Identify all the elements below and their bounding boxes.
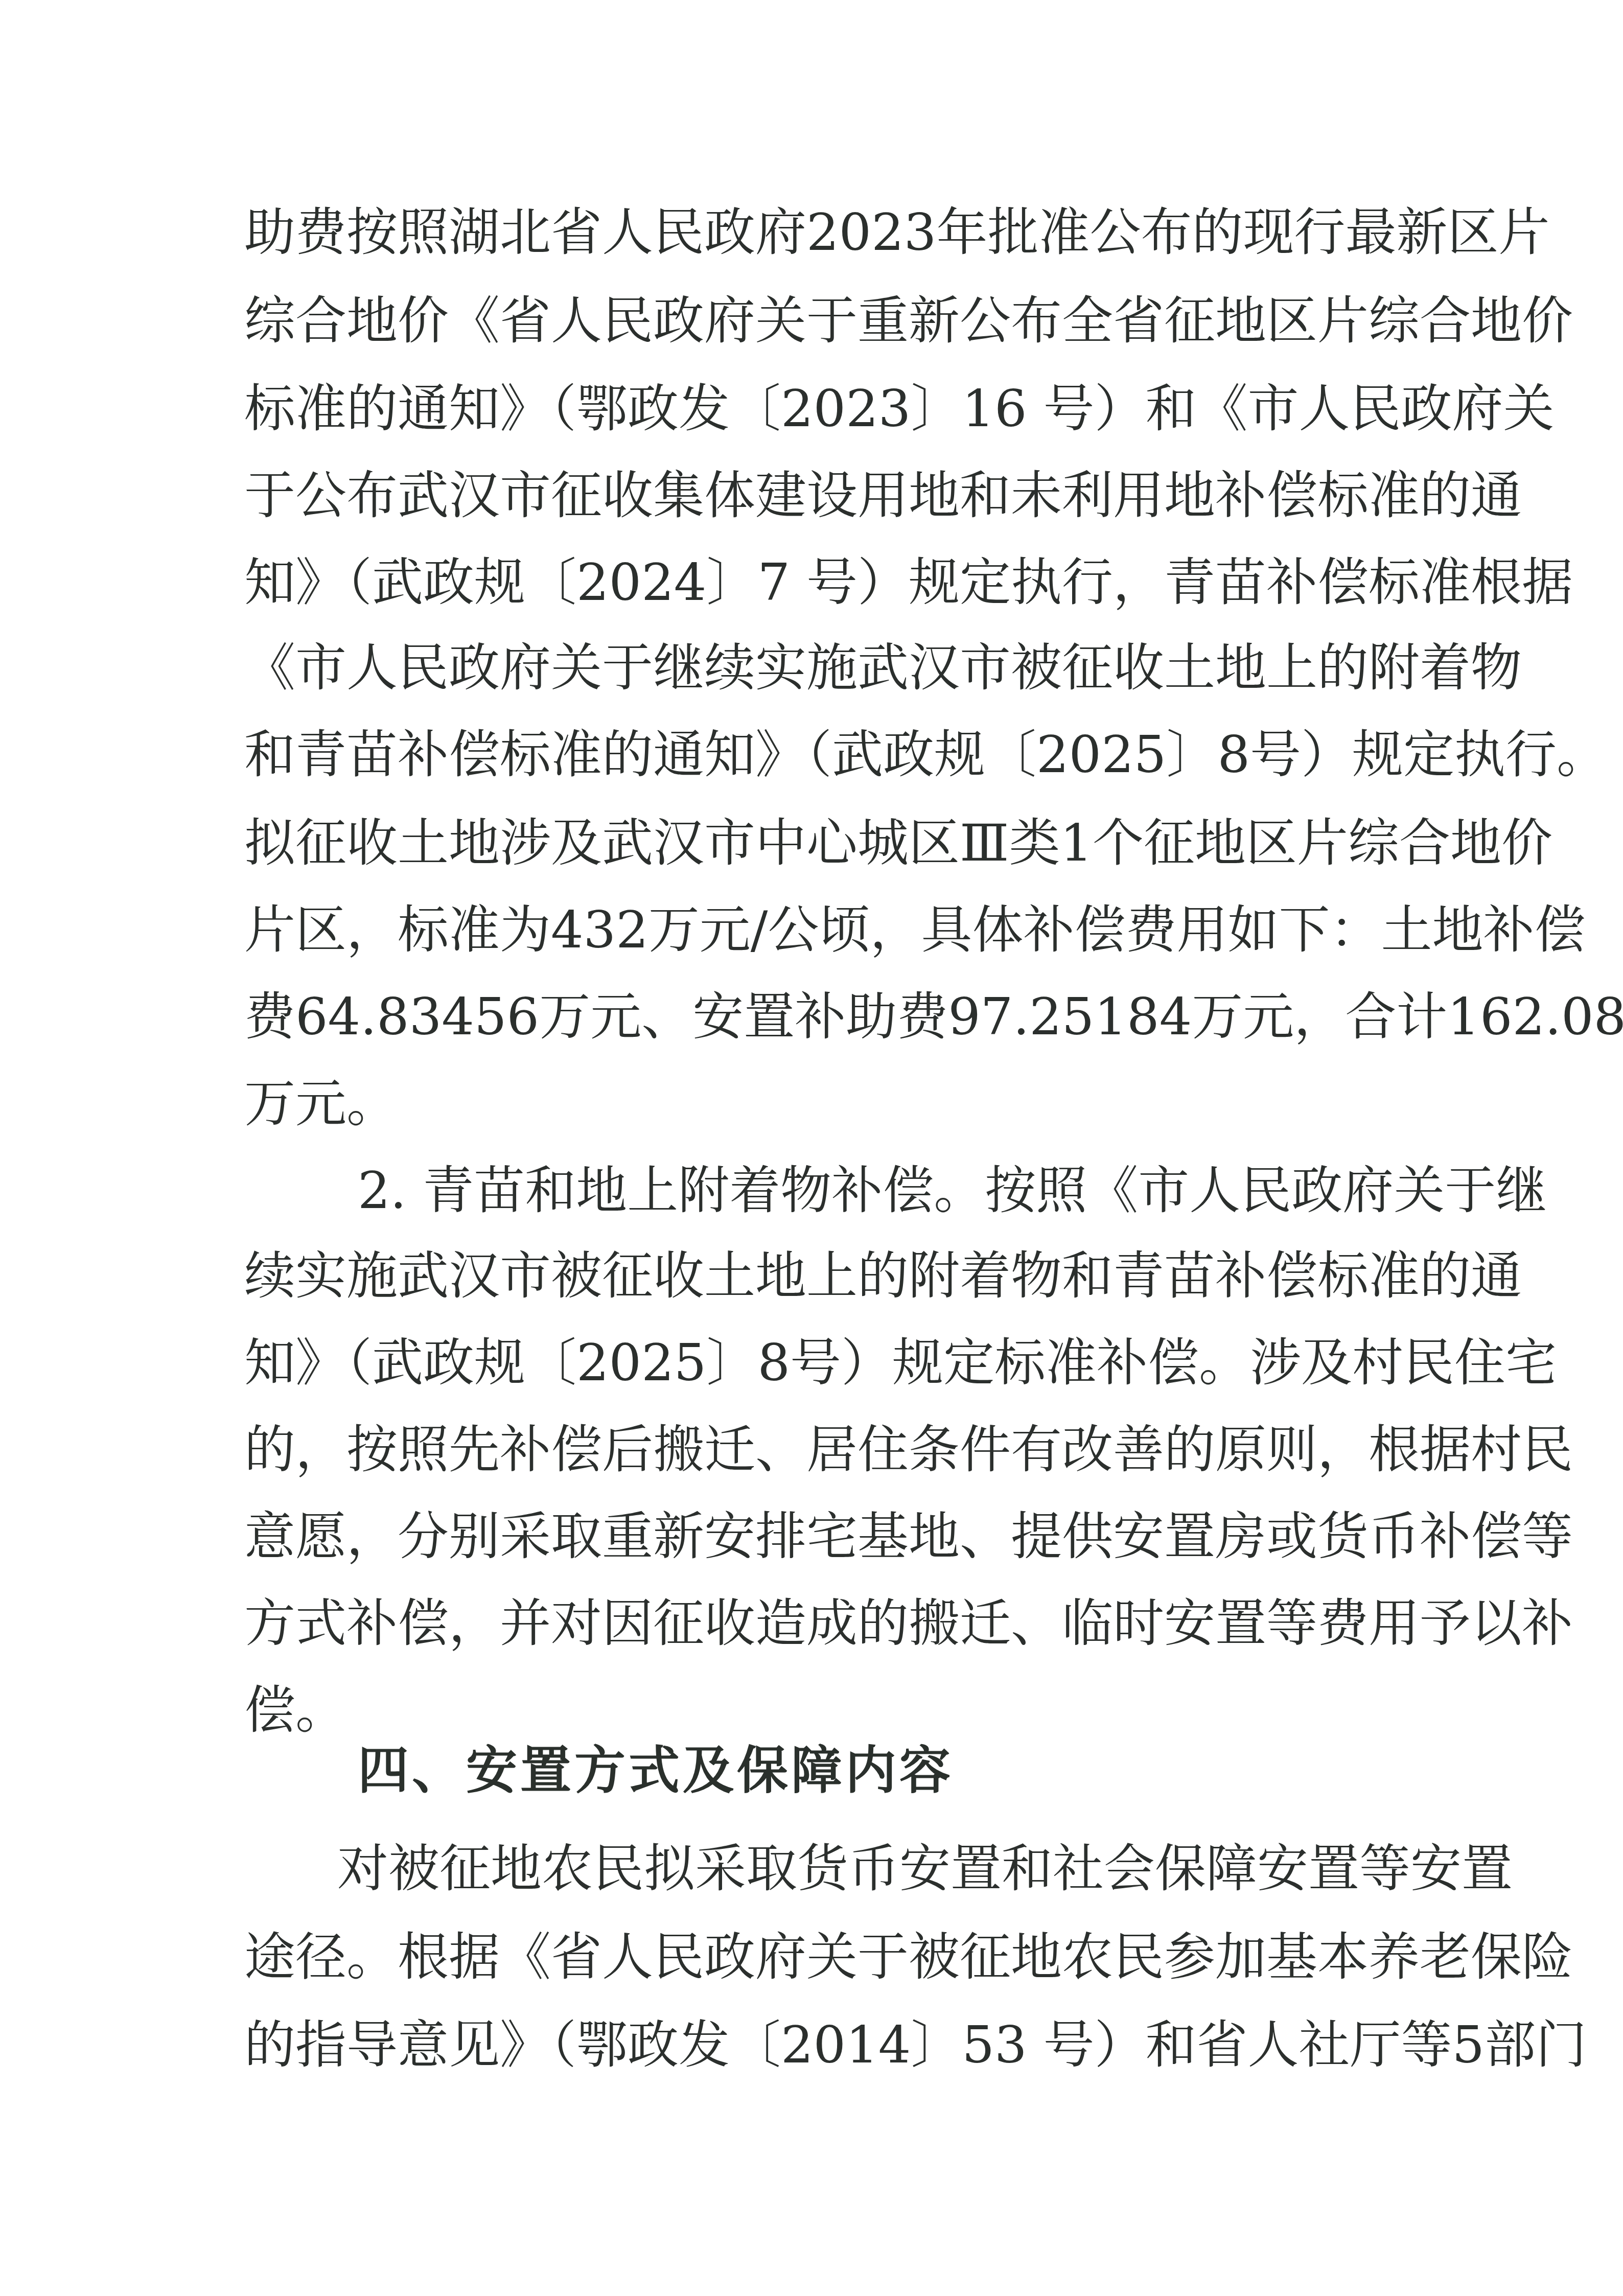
paragraph-1-line-5: 知》（武政规〔2024〕7 号）规定执行，青苗补偿标准根据 — [244, 549, 1383, 616]
paragraph-1-line-9: 片区，标准为432万元/公顷，具体补偿费用如下：土地补偿 — [244, 897, 1383, 963]
paragraph-2-line-2: 续实施武汉市被征收土地上的附着物和青苗补偿标准的通 — [244, 1243, 1383, 1309]
section-4-line-1: 对被征地农民拟采取货币安置和社会保障安置等安置 — [337, 1836, 1383, 1902]
paragraph-1-line-1: 助费按照湖北省人民政府2023年批准公布的现行最新区片 — [244, 199, 1383, 266]
paragraph-1-line-11: 万元。 — [244, 1071, 1383, 1137]
paragraph-1-line-3: 标准的通知》（鄂政发〔2023〕16 号）和《市人民政府关 — [244, 376, 1383, 442]
paragraph-2-line-7: 偿。 — [244, 1677, 1383, 1744]
paragraph-2-line-1: 2. 青苗和地上附着物补偿。按照《市人民政府关于继 — [358, 1157, 1383, 1224]
paragraph-1-line-7: 和青苗补偿标准的通知》（武政规〔2025〕8号）规定执行。 — [244, 722, 1383, 788]
document-page: 助费按照湖北省人民政府2023年批准公布的现行最新区片 综合地价《省人民政府关于… — [0, 0, 1623, 2296]
section-4-heading: 四、安置方式及保障内容 — [358, 1737, 954, 1804]
paragraph-2-line-4: 的，按照先补偿后搬迁、居住条件有改善的原则，根据村民 — [244, 1417, 1383, 1483]
paragraph-1-line-6: 《市人民政府关于继续实施武汉市被征收土地上的附着物 — [244, 635, 1383, 701]
paragraph-1-line-10: 费64.83456万元、安置补助费97.25184万元，合计162.0864 — [244, 984, 1383, 1050]
section-4-line-3: 的指导意见》（鄂政发〔2014〕53 号）和省人社厅等5部门 — [244, 2012, 1383, 2078]
paragraph-2-line-3: 知》（武政规〔2025〕8号）规定标准补偿。涉及村民住宅 — [244, 1330, 1383, 1396]
paragraph-1-line-2: 综合地价《省人民政府关于重新公布全省征地区片综合地价 — [244, 288, 1383, 354]
paragraph-2-line-5: 意愿，分别采取重新安排宅基地、提供安置房或货币补偿等 — [244, 1503, 1383, 1570]
paragraph-1-line-4: 于公布武汉市征收集体建设用地和未利用地补偿标准的通 — [244, 462, 1383, 529]
paragraph-1-line-8: 拟征收土地涉及武汉市中心城区Ⅲ类1个征地区片综合地价 — [244, 810, 1383, 876]
section-4-line-2: 途径。根据《省人民政府关于被征地农民参加基本养老保险 — [244, 1924, 1383, 1990]
paragraph-2-line-6: 方式补偿，并对因征收造成的搬迁、临时安置等费用予以补 — [244, 1590, 1383, 1657]
